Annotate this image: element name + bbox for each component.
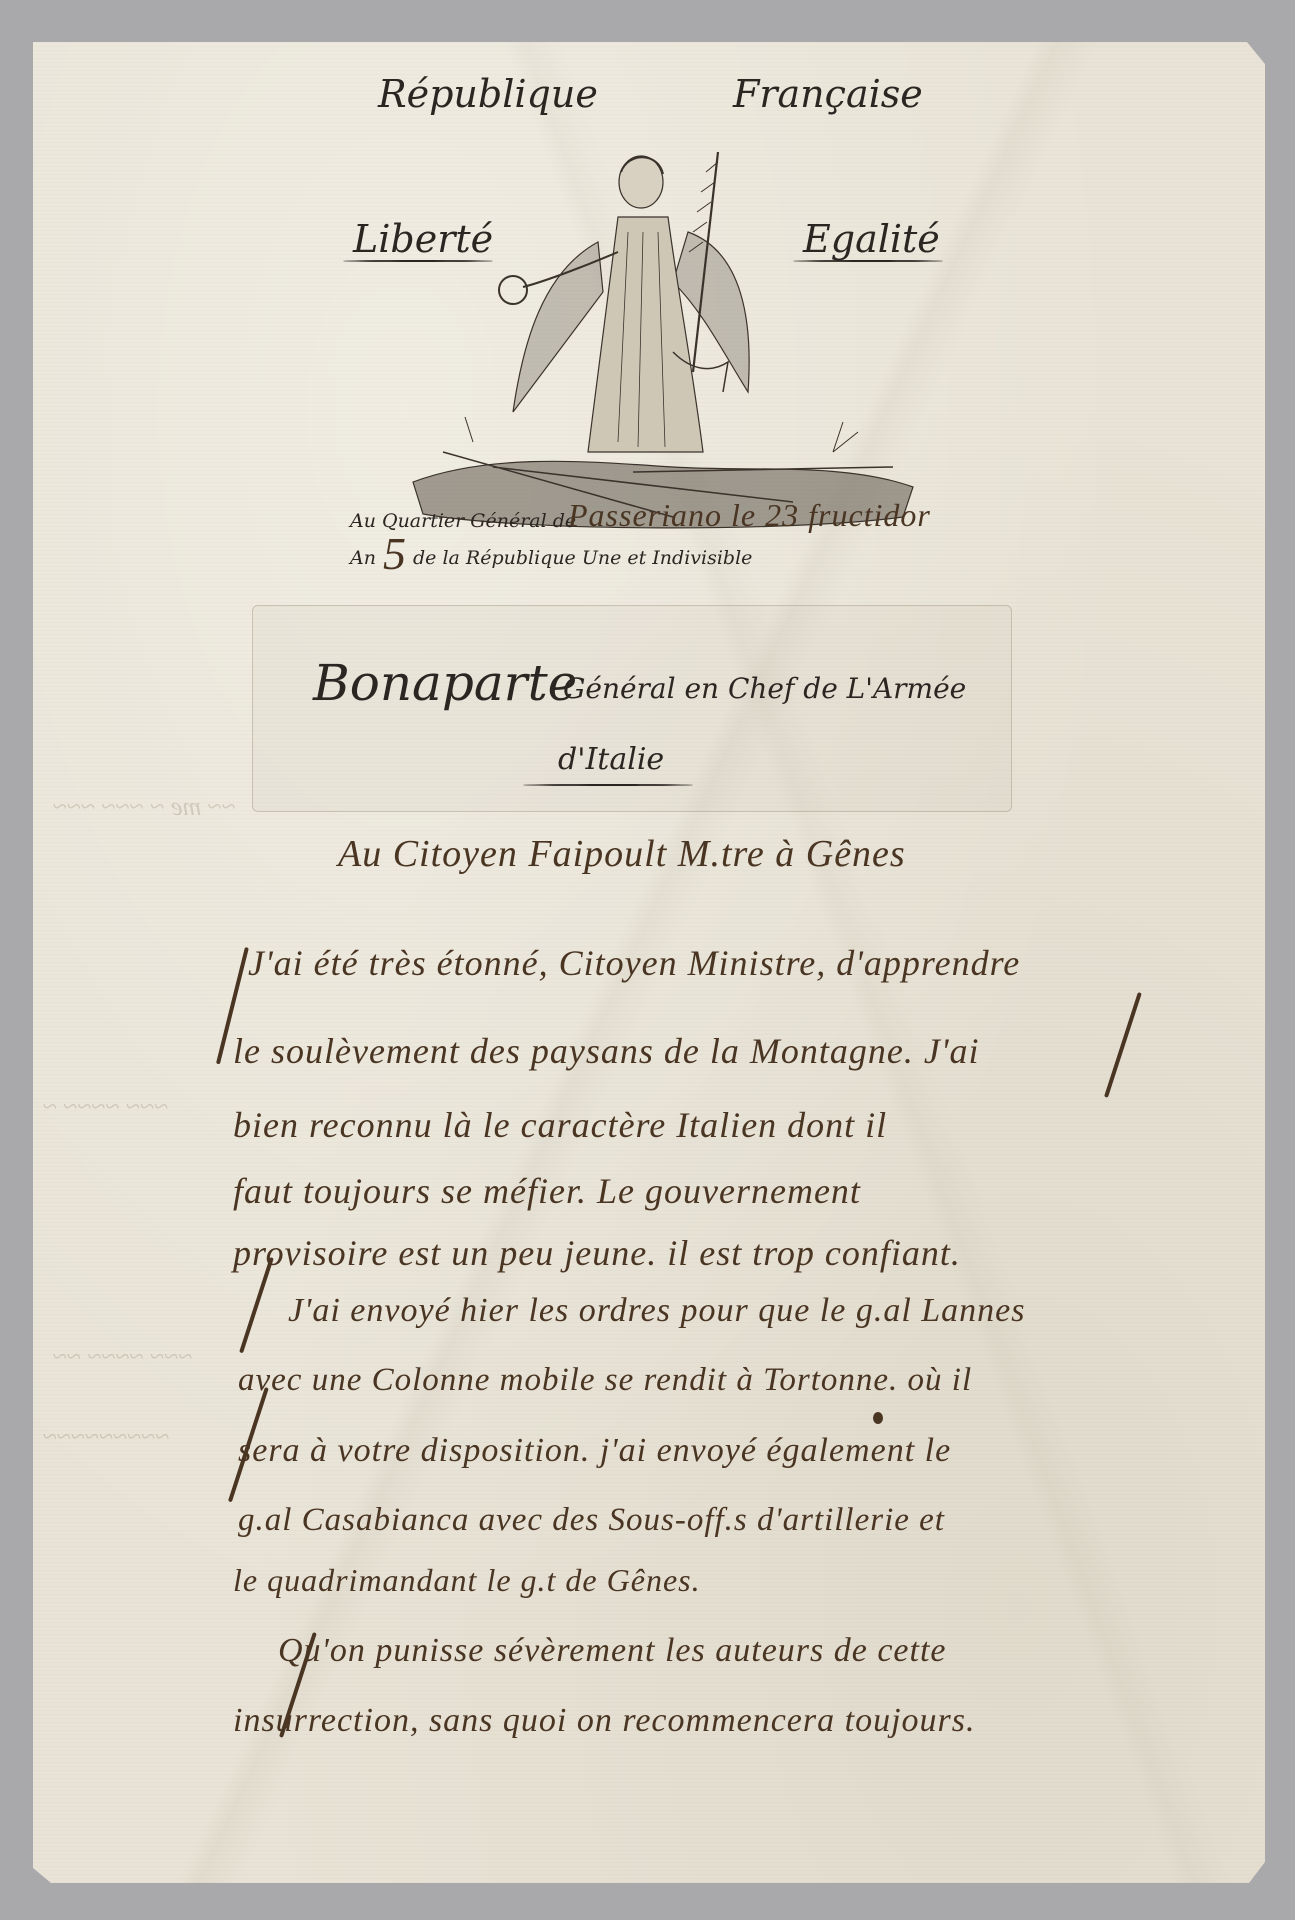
bleed-through-text: ~~~ ~~~~ ~ — [43, 1092, 169, 1122]
body-line-11: Qu'on punisse sévèrement les auteurs de … — [278, 1632, 947, 1670]
ink-descender — [1104, 992, 1142, 1098]
year-value: 5 — [383, 527, 407, 580]
body-line-10: le quadrimandant le g.t de Gênes. — [233, 1562, 701, 1599]
addressee: Au Citoyen Faipoult M.tre à Gênes — [338, 832, 906, 876]
heading-title-line1: Général en Chef de L'Armée — [563, 672, 966, 705]
body-line-7: avec une Colonne mobile se rendit à Tort… — [238, 1362, 972, 1399]
letter-paper: ~~ me ~ ~~~ ~~~ ~~~ ~~~~ ~ ~~~ ~~~~ ~~ ~… — [33, 42, 1265, 1883]
flourish-italie — [523, 784, 693, 786]
body-line-2: le soulèvement des paysans de la Montagn… — [233, 1030, 980, 1072]
body-line-6: J'ai envoyé hier les ordres pour que le … — [288, 1292, 1026, 1330]
body-line-8: sera à votre disposition. j'ai envoyé ég… — [238, 1432, 951, 1470]
year-suffix: de la République Une et Indivisible — [413, 547, 752, 569]
bleed-through-text: ~~ me ~ ~~~ ~~~ — [53, 792, 236, 822]
bleed-through-text: ~~~ ~~~~ ~~ — [53, 1342, 193, 1372]
ink-blot — [873, 1412, 883, 1424]
body-line-1: J'ai été très étonné, Citoyen Ministre, … — [248, 942, 1020, 984]
winged-victory-vignette — [373, 122, 933, 542]
body-line-4: faut toujours se méfier. Le gouvernement — [233, 1170, 861, 1212]
body-line-12: insurrection, sans quoi on recommencera … — [233, 1702, 975, 1740]
body-line-5: provisoire est un peu jeune. il est trop… — [233, 1232, 961, 1274]
body-line-3: bien reconnu là le caractère Italien don… — [233, 1104, 887, 1146]
location-value: Passeriano le 23 fructidor — [568, 497, 931, 534]
year-prefix: An — [350, 547, 376, 569]
heading-title-line2: d'Italie — [558, 742, 664, 777]
heading-name: Bonaparte — [313, 654, 577, 712]
motto-republique: République — [378, 72, 598, 116]
bleed-through-text: ~~~~~~~~~ — [43, 1422, 170, 1452]
motto-francaise: Française — [733, 72, 923, 116]
body-line-9: g.al Casabianca avec des Sous-off.s d'ar… — [238, 1502, 945, 1539]
